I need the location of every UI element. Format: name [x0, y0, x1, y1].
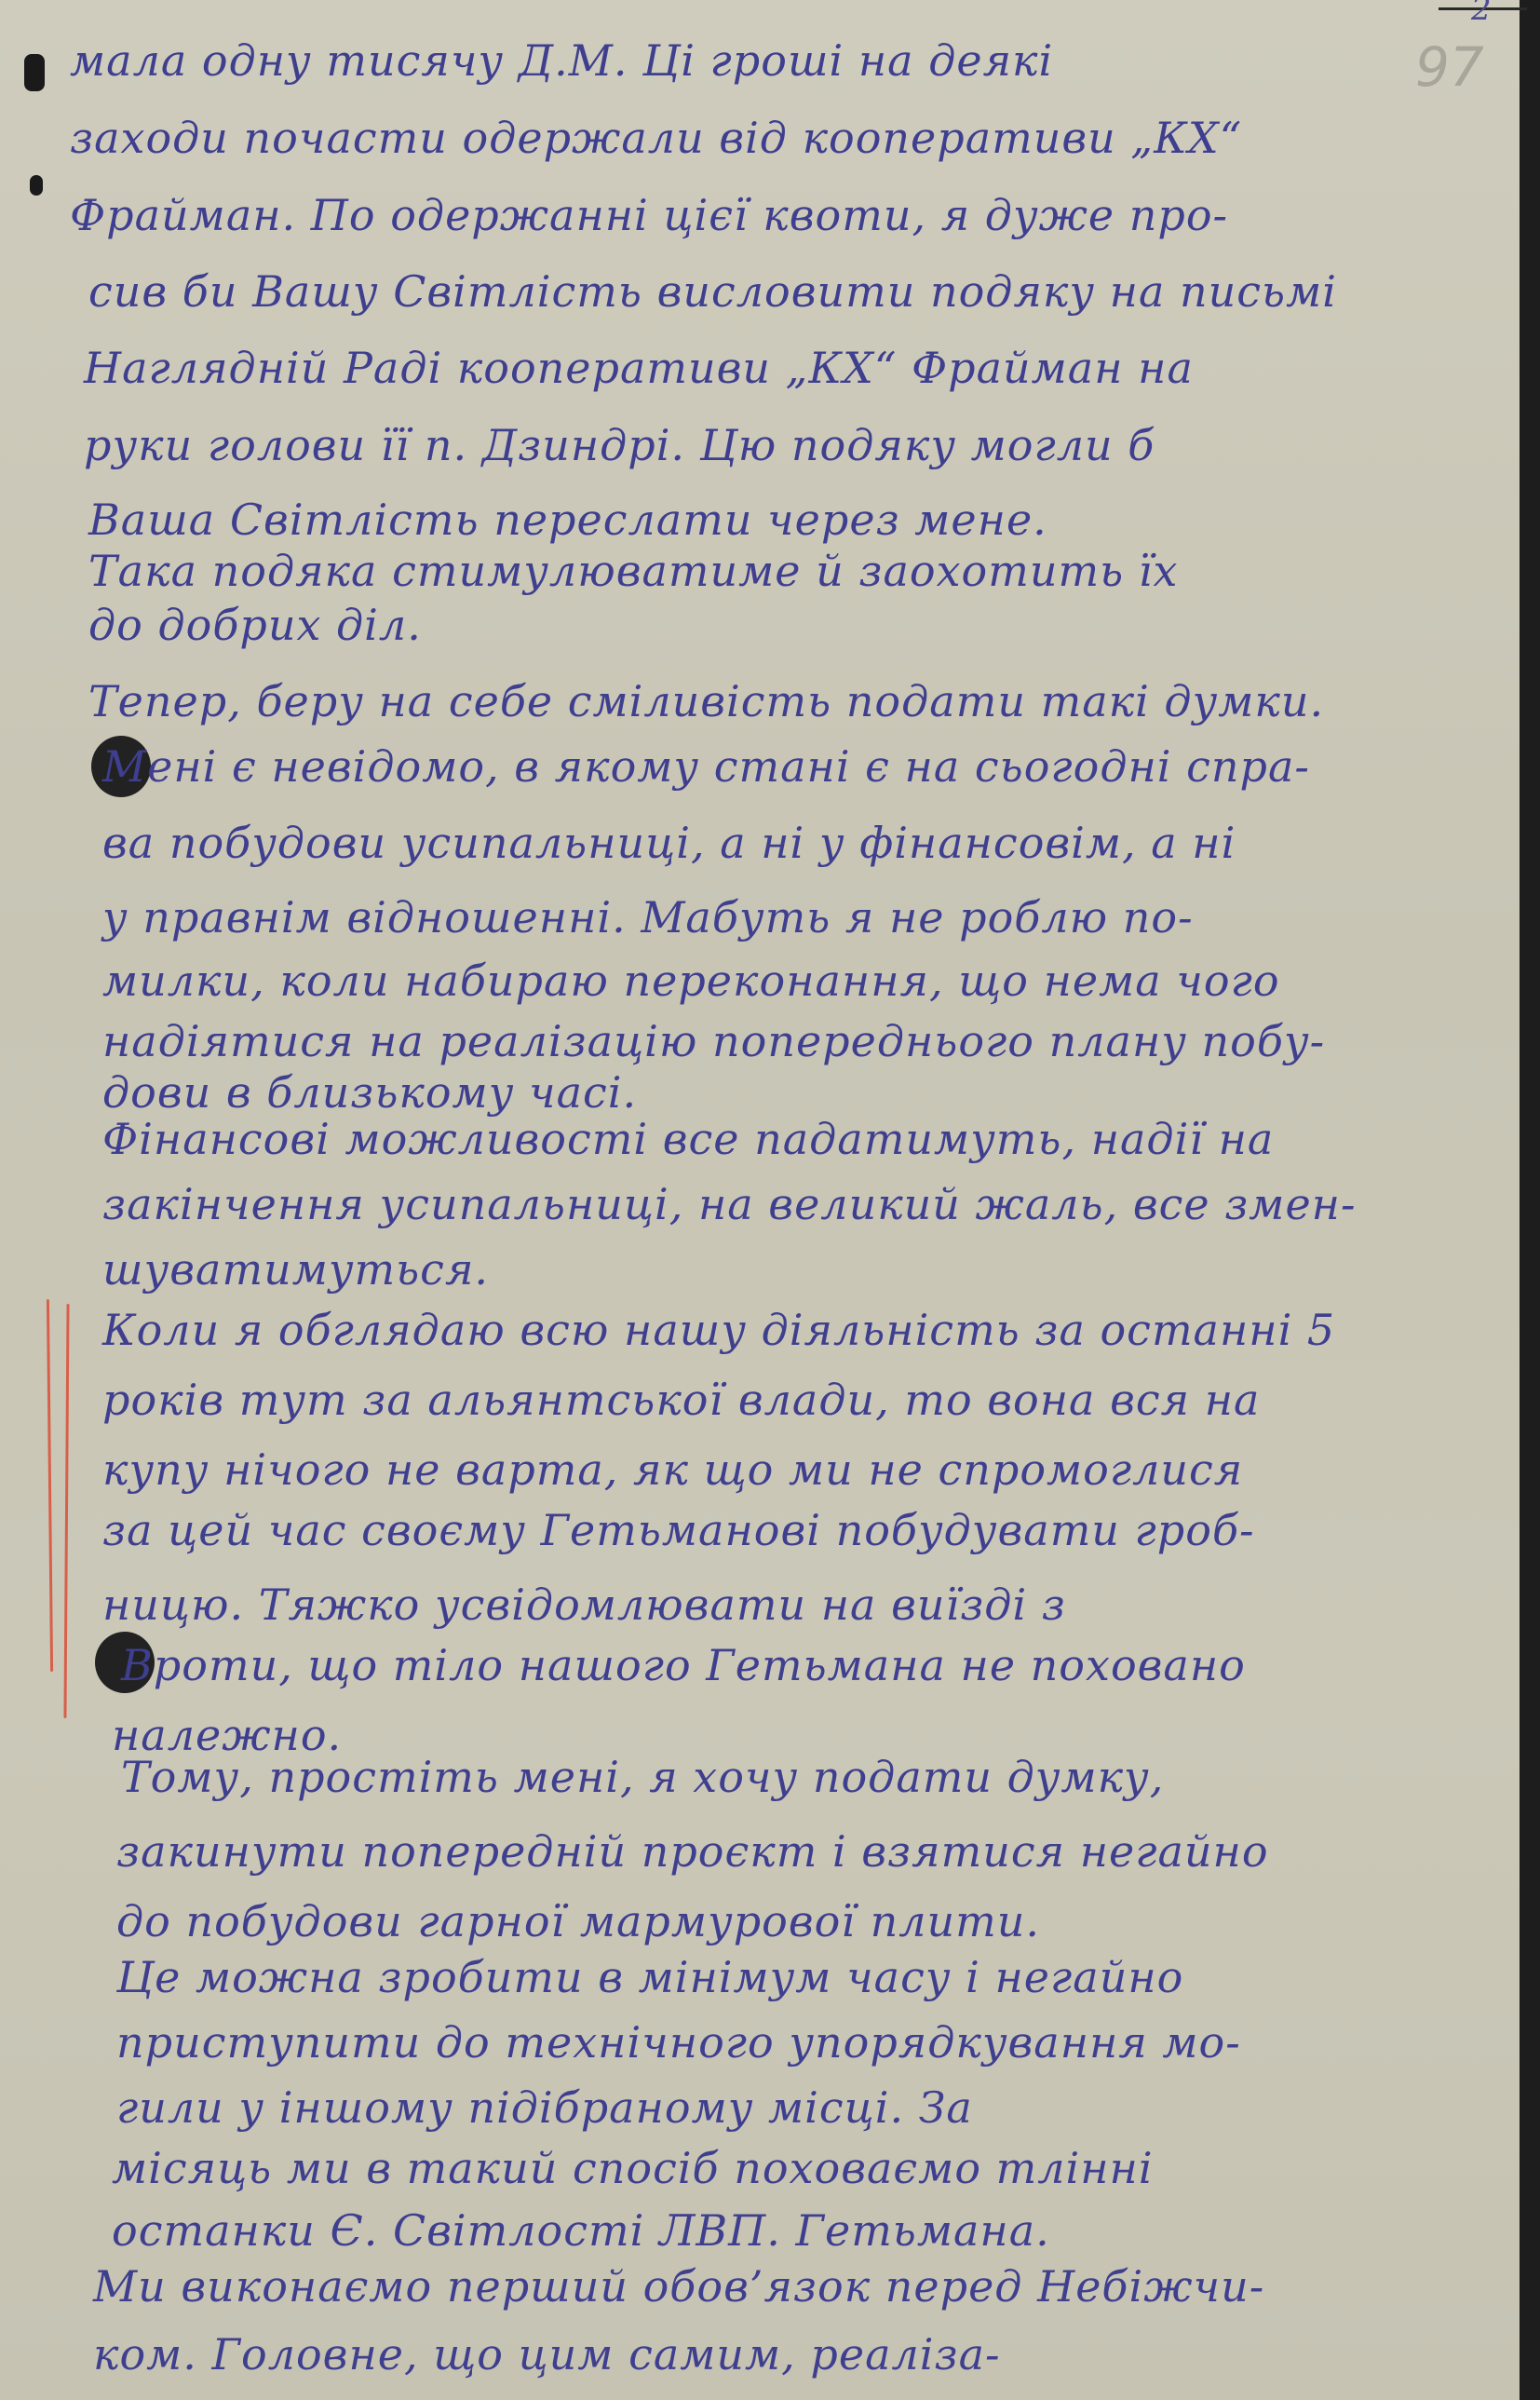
- handwritten-line: ва побудови усипальниці, а ні у фінансов…: [102, 821, 1236, 864]
- handwritten-line: Фінансові можливості все падатимуть, над…: [102, 1118, 1274, 1160]
- handwritten-line: до побудови гарної мармурової плити.: [116, 1900, 1040, 1943]
- handwritten-line: Тому, простіть мені, я хочу подати думку…: [121, 1756, 1164, 1798]
- handwritten-line: сив би Вашу Світлість висловити подяку н…: [88, 270, 1337, 313]
- handwritten-line: Така подяка стимулюватиме й заохотить їх: [88, 549, 1178, 592]
- handwritten-line: Тепер, беру на себе сміливість подати та…: [88, 680, 1324, 723]
- handwritten-line: приступити до технічного упорядкування м…: [116, 2021, 1241, 2064]
- handwritten-line: руки голови її п. Дзиндрі. Цю подяку мог…: [84, 424, 1155, 467]
- handwritten-text-body: мала одну тисячу Д.М. Ці гроші на деякіз…: [0, 0, 1520, 2400]
- handwritten-line: купу нічого не варта, як що ми не спромо…: [102, 1448, 1243, 1491]
- handwritten-line: милки, коли набираю переконання, що нема…: [102, 959, 1280, 1002]
- handwritten-line: Мені є невідомо, в якому стані є на сьог…: [102, 745, 1310, 788]
- handwritten-line: ницю. Тяжко усвідомлювати на виїзді з: [102, 1583, 1066, 1626]
- handwritten-line: Ваша Світлість переслати через мене.: [88, 498, 1047, 541]
- handwritten-line: Наглядній Раді кооперативи „КХ“ Фрайман …: [84, 346, 1194, 389]
- handwritten-line: Це можна зробити в мінімум часу і негайн…: [116, 1956, 1183, 1999]
- handwritten-line: шуватимуться.: [102, 1248, 489, 1291]
- handwritten-line: Коли я обглядаю всю нашу діяльність за о…: [102, 1308, 1335, 1351]
- handwritten-line: Ми виконаємо перший обов’язок перед Небі…: [93, 2265, 1264, 2308]
- scan-edge: [1520, 0, 1540, 2400]
- handwritten-line: у правнім відношенні. Мабуть я не роблю …: [102, 896, 1194, 939]
- handwritten-line: дови в близькому часі.: [102, 1071, 637, 1114]
- handwritten-line: закінчення усипальниці, на великий жаль,…: [102, 1183, 1357, 1226]
- handwritten-line: мала одну тисячу Д.М. Ці гроші на деякі: [70, 39, 1053, 82]
- handwritten-line: місяць ми в такий спосіб поховаємо тлінн…: [112, 2147, 1154, 2190]
- handwritten-line: Вроти, що тіло нашого Гетьмана не похова…: [121, 1644, 1246, 1687]
- handwritten-line: належно.: [112, 1714, 342, 1756]
- handwritten-line: останки Є. Світлості ЛВП. Гетьмана.: [112, 2209, 1050, 2252]
- handwritten-line: закинути попередній проєкт і взятися нег…: [116, 1830, 1269, 1873]
- handwritten-line: надіятися на реалізацію попереднього пла…: [102, 1020, 1325, 1063]
- handwritten-line: ком. Головне, що цим самим, реаліза-: [93, 2333, 1001, 2376]
- handwritten-line: до добрих діл.: [88, 603, 422, 646]
- handwritten-line: років тут за альянтської влади, то вона …: [102, 1378, 1260, 1421]
- handwritten-line: Фрайман. По одержанні цієї квоти, я дуже…: [70, 194, 1228, 237]
- handwritten-line: заходи почасти одержали від кооперативи …: [70, 116, 1242, 159]
- handwritten-line: гили у іншому підібраному місці. За: [116, 2086, 973, 2129]
- handwritten-line: за цей час своєму Гетьманові побудувати …: [102, 1509, 1255, 1552]
